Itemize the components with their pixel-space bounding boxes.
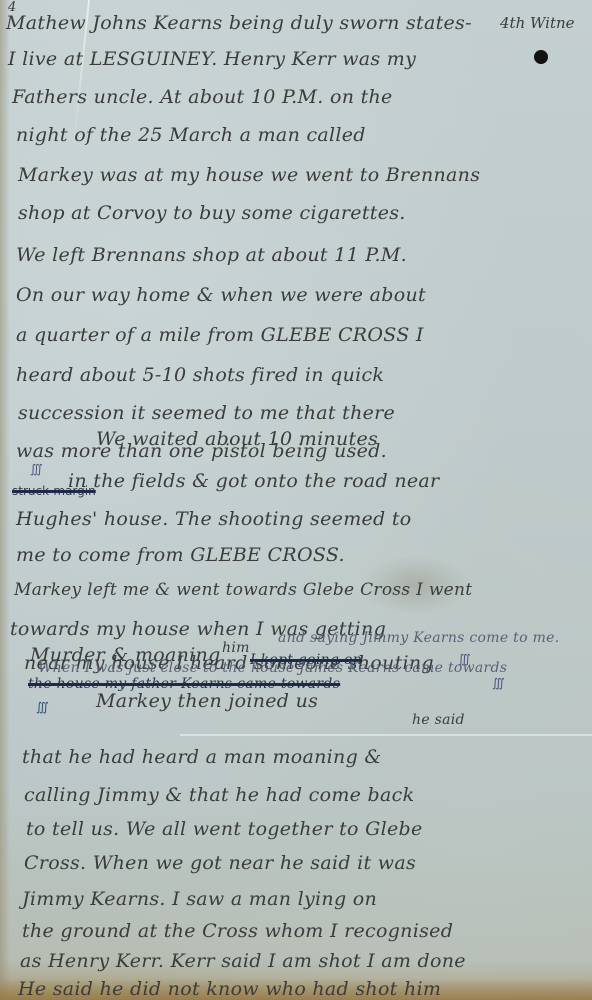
handwritten-line: He said he did not know who had shot him — [18, 978, 441, 1000]
handwritten-line: Markey then joined us — [96, 690, 318, 712]
handwritten-line: We left Brennans shop at about 11 P.M. — [16, 244, 407, 266]
document-page: 4 4th Witne Mathew Johns Kearns being du… — [0, 0, 592, 1000]
handwritten-line: succession it seemed to me that there — [18, 402, 395, 424]
handwritten-line: shop at Corvoy to buy some cigarettes. — [18, 202, 406, 224]
initials-mark-icon: ∭ — [36, 700, 49, 714]
handwritten-line: me to come from GLEBE CROSS. — [16, 544, 345, 566]
insertion-text: him — [222, 640, 250, 656]
handwritten-line: I live at LESGUINEY. Henry Kerr was my — [8, 48, 416, 70]
handwritten-line: heard about 5-10 shots fired in quick — [16, 364, 384, 386]
handwritten-line: Hughes' house. The shooting seemed to — [16, 508, 412, 530]
insertion-text: When I was just close to the house James… — [38, 660, 507, 676]
handwritten-line: that he had heard a man moaning & — [22, 746, 382, 768]
handwritten-line: Mathew Johns Kearns being duly sworn sta… — [6, 12, 472, 34]
handwritten-line: calling Jimmy & that he had come back — [24, 784, 414, 806]
punch-hole-icon — [534, 50, 548, 64]
witness-note: 4th Witne — [500, 14, 575, 32]
handwritten-line: a quarter of a mile from GLEBE CROSS I — [16, 324, 424, 346]
initials-mark-icon: ∭ — [30, 462, 43, 476]
handwritten-line: We waited about 10 minutes — [96, 428, 378, 450]
handwritten-line: in the fields & got onto the road near — [68, 470, 439, 492]
paper-edge-left — [0, 0, 10, 1000]
handwritten-line: On our way home & when we were about — [16, 284, 426, 306]
handwritten-line: Jimmy Kearns. I saw a man lying on — [22, 888, 377, 910]
handwritten-line: Markey was at my house we went to Brenna… — [18, 164, 480, 186]
handwritten-line: as Henry Kerr. Kerr said I am shot I am … — [20, 950, 466, 972]
handwritten-line: Cross. When we got near he said it was — [24, 852, 416, 874]
handwritten-line: night of the 25 March a man called — [16, 124, 366, 146]
initials-mark-icon: ∭ — [492, 676, 505, 690]
handwritten-line: the ground at the Cross whom I recognise… — [22, 920, 453, 942]
handwritten-line: to tell us. We all went together to Gleb… — [26, 818, 423, 840]
insertion-text: he said — [412, 712, 465, 728]
handwritten-line: Fathers uncle. At about 10 P.M. on the — [12, 86, 393, 108]
handwritten-line: Markey left me & went towards Glebe Cros… — [14, 580, 472, 600]
paper-fold — [180, 734, 592, 736]
insertion-text: and saying Jimmy Kearns come to me. — [278, 630, 559, 646]
